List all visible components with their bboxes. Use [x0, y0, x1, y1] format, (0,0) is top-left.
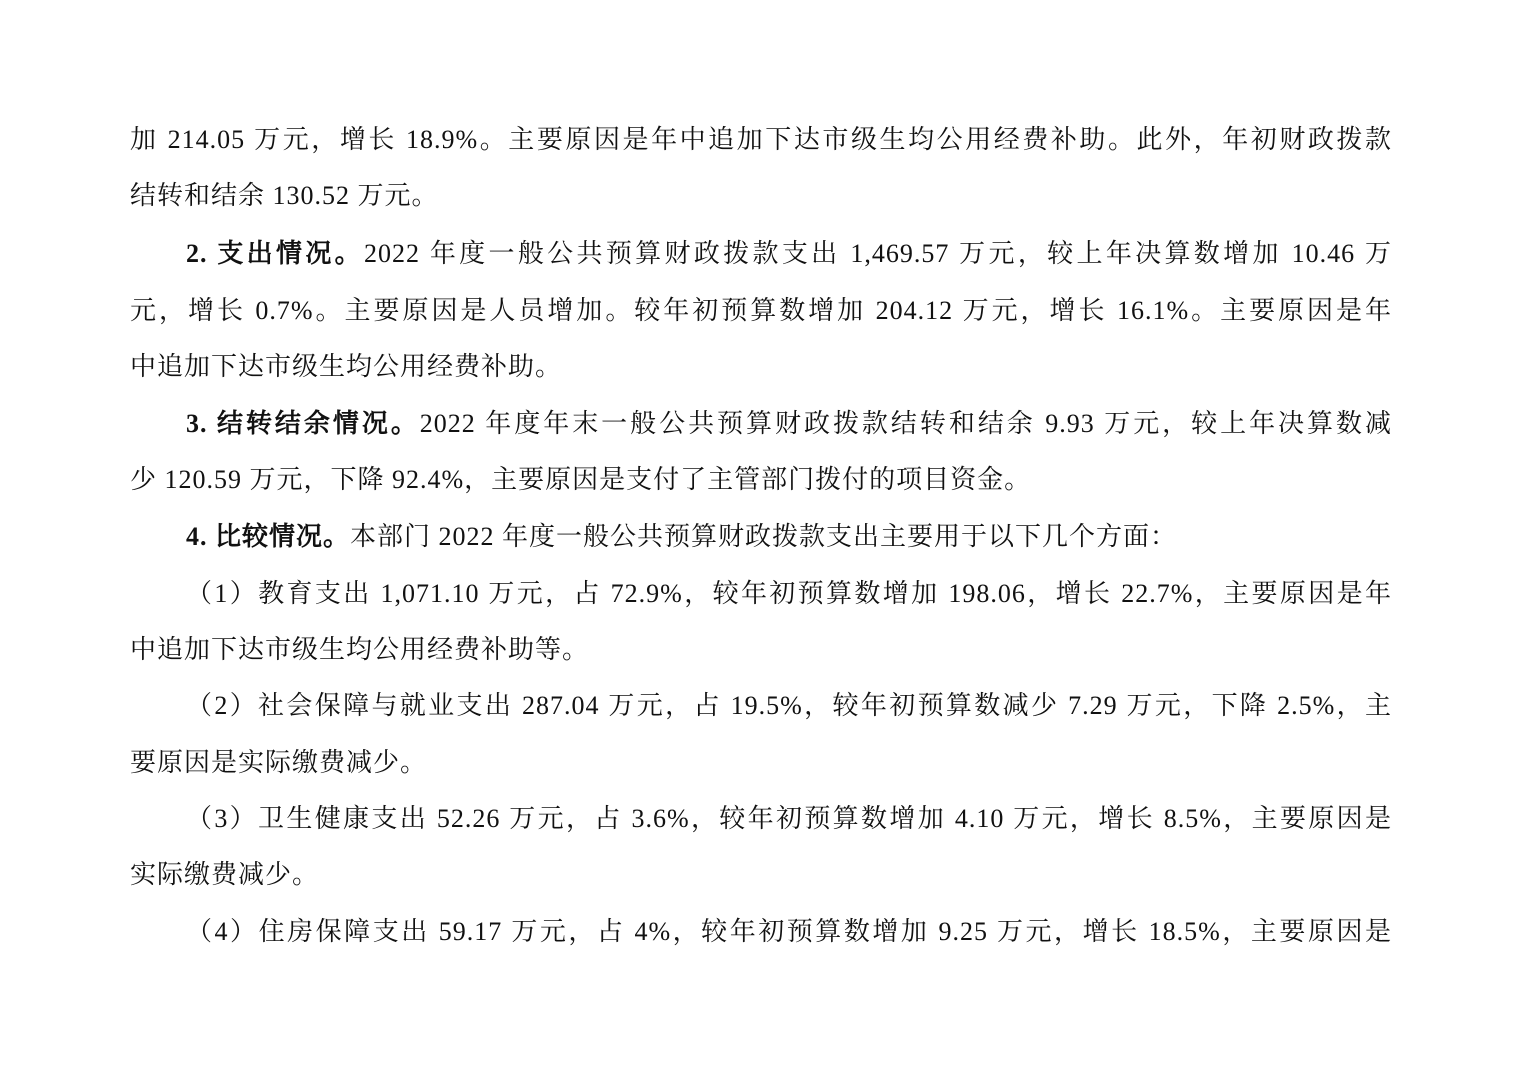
section-heading-carryover: 3. 结转结余情况。 — [186, 409, 420, 438]
line-text: （4）住房保障支出 59.17 万元，占 4%，较年初预算数增加 9.25 万元… — [186, 917, 1392, 946]
paragraph-1-line-2: 结转和结余 130.52 万元。 — [130, 176, 1392, 216]
item-3-line-2: 实际缴费减少。 — [130, 855, 1392, 895]
line-text: 少 120.59 万元，下降 92.4%，主要原因是支付了主管部门拨付的项目资金… — [130, 465, 1031, 494]
line-text: 结转和结余 130.52 万元。 — [130, 181, 439, 210]
line-text: 2022 年度年末一般公共预算财政拨款结转和结余 9.93 万元，较上年决算数减 — [420, 409, 1392, 438]
section-2-line-2: 元，增长 0.7%。主要原因是人员增加。较年初预算数增加 204.12 万元，增… — [130, 291, 1392, 331]
item-1-line-1: （1）教育支出 1,071.10 万元，占 72.9%，较年初预算数增加 198… — [186, 574, 1392, 614]
item-2-line-1: （2）社会保障与就业支出 287.04 万元，占 19.5%，较年初预算数减少 … — [186, 686, 1392, 726]
line-text: （3）卫生健康支出 52.26 万元，占 3.6%，较年初预算数增加 4.10 … — [186, 804, 1392, 833]
section-2-line-3: 中追加下达市级生均公用经费补助。 — [130, 347, 1392, 387]
line-text: 2022 年度一般公共预算财政拨款支出 1,469.57 万元，较上年决算数增加… — [364, 239, 1392, 268]
section-2-line-1: 2. 支出情况。2022 年度一般公共预算财政拨款支出 1,469.57 万元，… — [186, 234, 1392, 274]
item-4-line-1: （4）住房保障支出 59.17 万元，占 4%，较年初预算数增加 9.25 万元… — [186, 912, 1392, 952]
line-text: 实际缴费减少。 — [130, 860, 319, 889]
document-page: 加 214.05 万元，增长 18.9%。主要原因是年中追加下达市级生均公用经费… — [0, 0, 1520, 1074]
line-text: 加 214.05 万元，增长 18.9%。主要原因是年中追加下达市级生均公用经费… — [130, 125, 1392, 154]
item-3-line-1: （3）卫生健康支出 52.26 万元，占 3.6%，较年初预算数增加 4.10 … — [186, 799, 1392, 839]
line-text: 本部门 2022 年度一般公共预算财政拨款支出主要用于以下几个方面： — [350, 522, 1177, 551]
section-4-line-1: 4. 比较情况。本部门 2022 年度一般公共预算财政拨款支出主要用于以下几个方… — [186, 517, 1392, 557]
paragraph-1-line-1: 加 214.05 万元，增长 18.9%。主要原因是年中追加下达市级生均公用经费… — [130, 120, 1392, 160]
item-1-line-2: 中追加下达市级生均公用经费补助等。 — [130, 630, 1392, 670]
section-3-line-2: 少 120.59 万元，下降 92.4%，主要原因是支付了主管部门拨付的项目资金… — [130, 460, 1392, 500]
section-3-line-1: 3. 结转结余情况。2022 年度年末一般公共预算财政拨款结转和结余 9.93 … — [186, 404, 1392, 444]
line-text: 要原因是实际缴费减少。 — [130, 748, 427, 777]
line-text: （1）教育支出 1,071.10 万元，占 72.9%，较年初预算数增加 198… — [186, 579, 1392, 608]
section-heading-expenditure: 2. 支出情况。 — [186, 239, 364, 268]
line-text: （2）社会保障与就业支出 287.04 万元，占 19.5%，较年初预算数减少 … — [186, 691, 1392, 720]
line-text: 中追加下达市级生均公用经费补助。 — [130, 352, 562, 381]
line-text: 元，增长 0.7%。主要原因是人员增加。较年初预算数增加 204.12 万元，增… — [130, 296, 1392, 325]
item-2-line-2: 要原因是实际缴费减少。 — [130, 743, 1392, 783]
line-text: 中追加下达市级生均公用经费补助等。 — [130, 635, 589, 664]
section-heading-comparison: 4. 比较情况。 — [186, 522, 350, 551]
